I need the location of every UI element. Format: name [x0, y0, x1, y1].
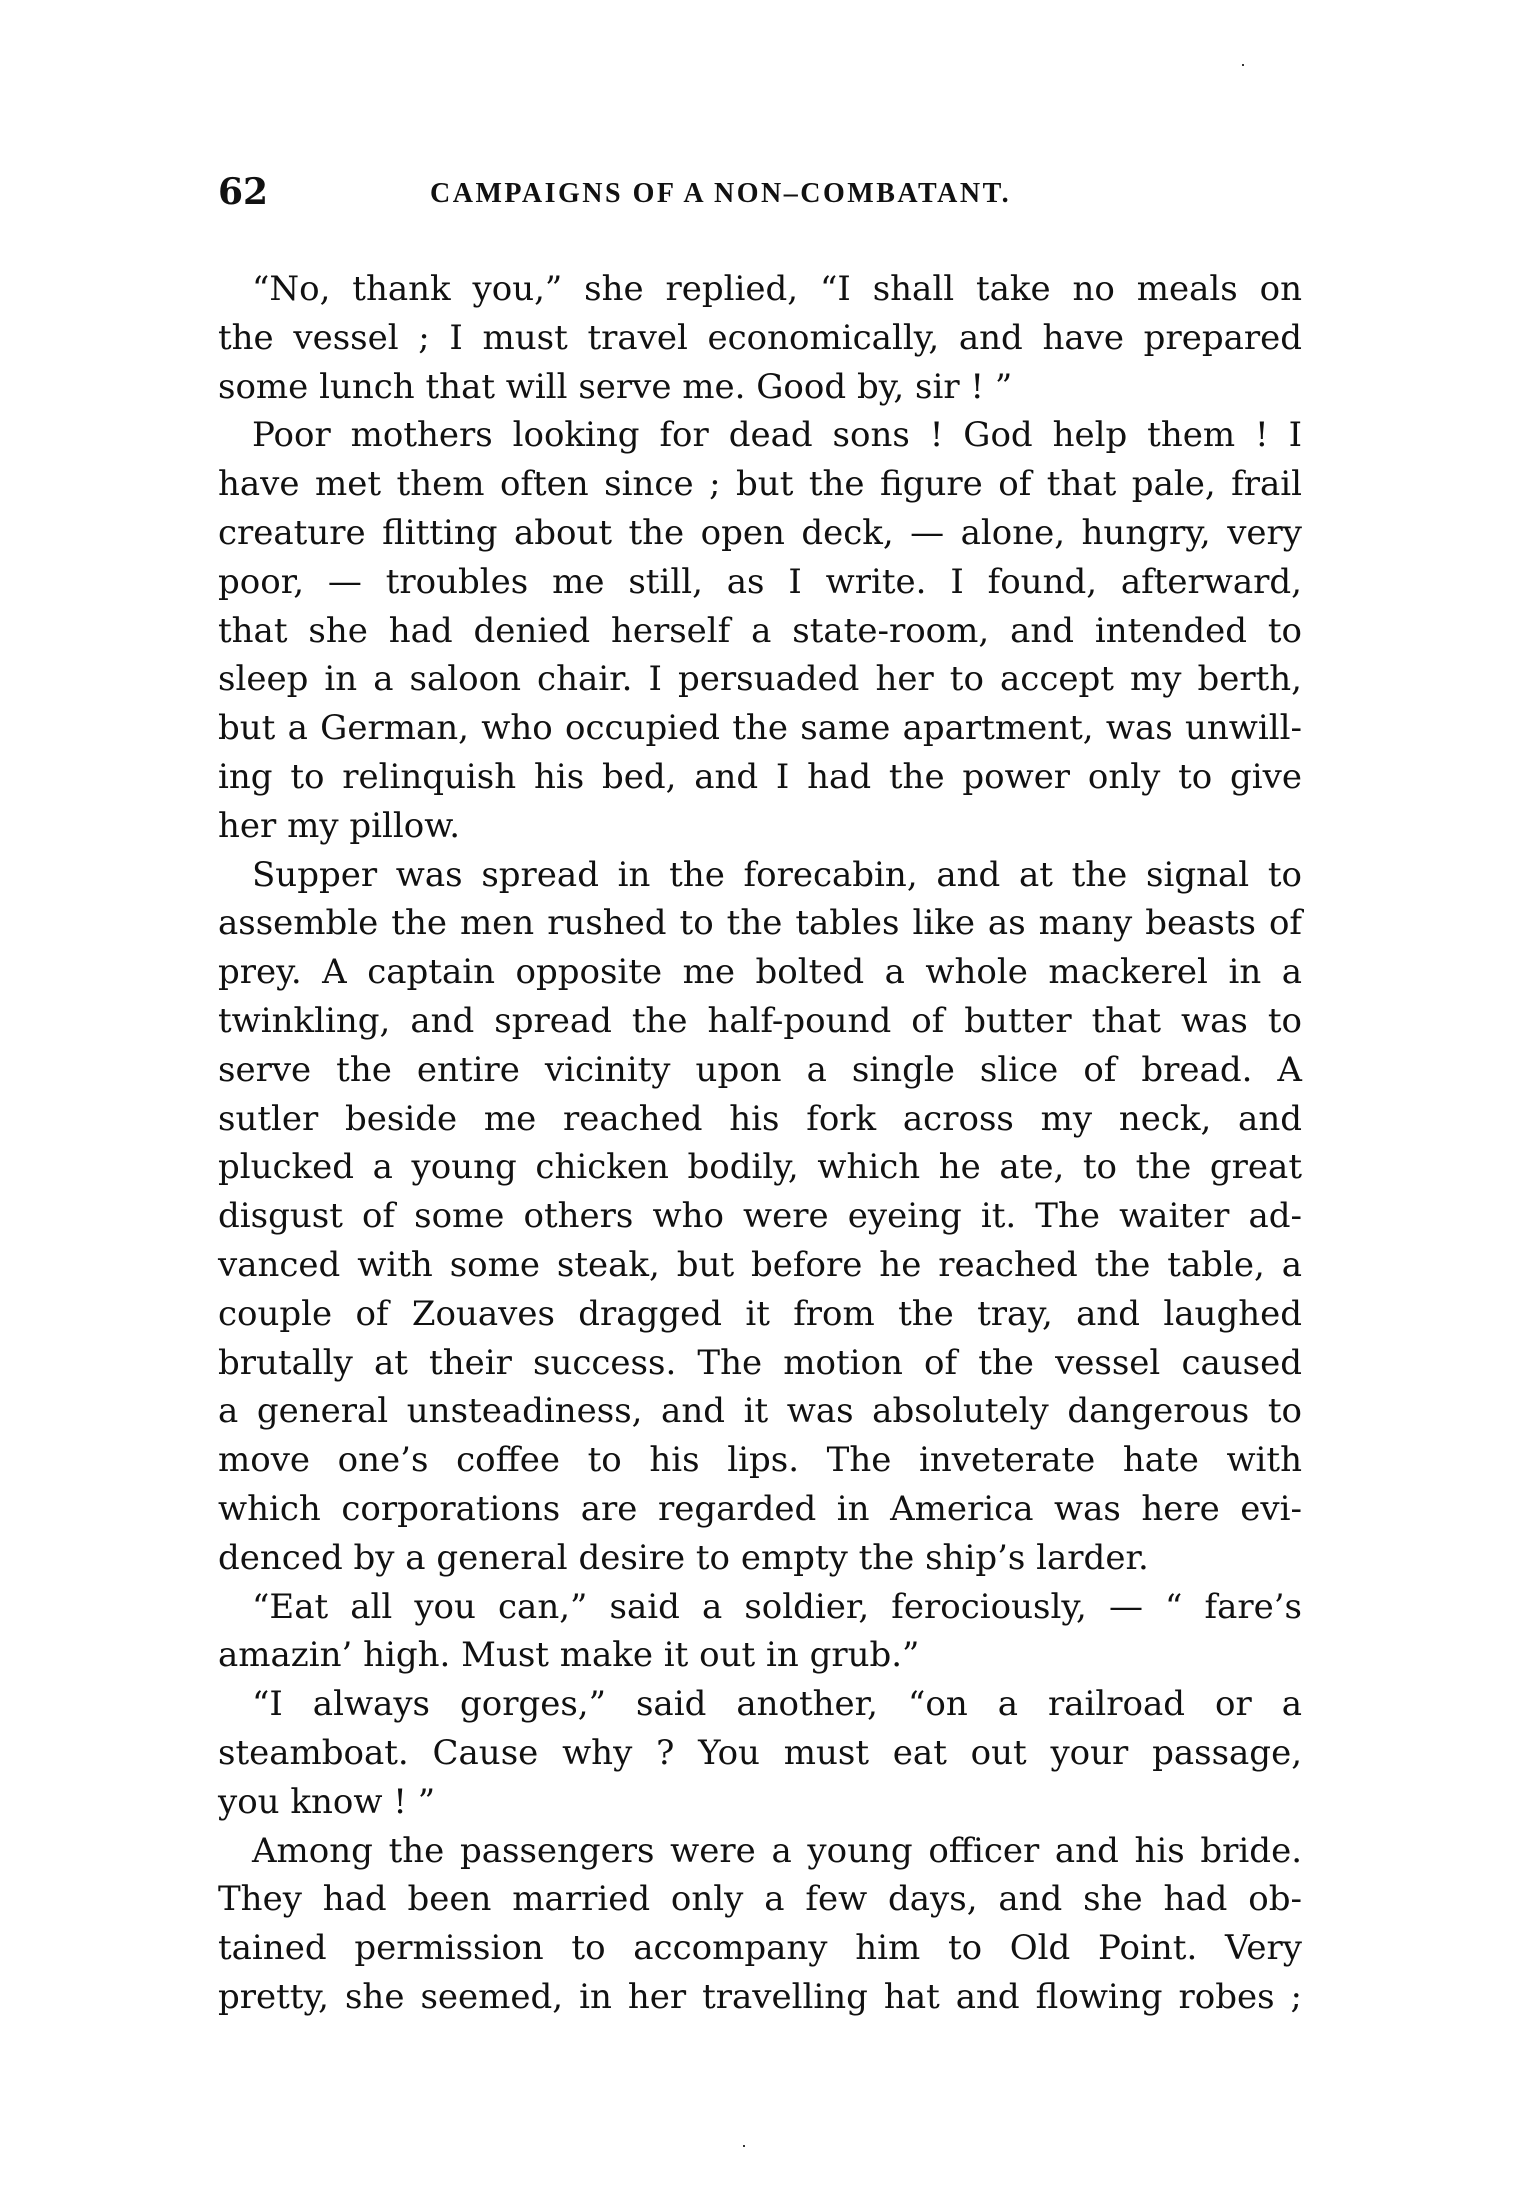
text-line: the vessel ; I must travel economically,…	[218, 314, 1302, 363]
text-line: twinkling, and spread the half-pound of …	[218, 997, 1302, 1046]
scan-speck	[1242, 64, 1244, 66]
text-line: you know ! ”	[218, 1778, 1302, 1827]
text-line: “Eat all you can,” said a soldier, feroc…	[218, 1583, 1302, 1632]
text-line: “I always gorges,” said another, “on a r…	[218, 1680, 1302, 1729]
text-line: denced by a general desire to empty the …	[218, 1534, 1302, 1583]
text-line: that she had denied herself a state-room…	[218, 607, 1302, 656]
text-line: sleep in a saloon chair. I persuaded her…	[218, 655, 1302, 704]
paragraph: Among the passengers were a young office…	[218, 1827, 1302, 2022]
scan-speck	[743, 2145, 745, 2147]
text-line: poor, — troubles me still, as I write. I…	[218, 558, 1302, 607]
paragraph: Supper was spread in the forecabin, and …	[218, 851, 1302, 1583]
text-line: serve the entire vicinity upon a single …	[218, 1046, 1302, 1095]
text-line: Supper was spread in the forecabin, and …	[218, 851, 1302, 900]
text-line: but a German, who occupied the same apar…	[218, 704, 1302, 753]
paragraph: “I always gorges,” said another, “on a r…	[218, 1680, 1302, 1826]
text-line: some lunch that will serve me. Good by, …	[218, 363, 1302, 412]
text-line: amazin’ high. Must make it out in grub.”	[218, 1631, 1302, 1680]
text-line: ing to relinquish his bed, and I had the…	[218, 753, 1302, 802]
book-page: 62 CAMPAIGNS OF A NON–COMBATANT. “No, th…	[0, 0, 1526, 2196]
paragraph: Poor mothers looking for dead sons ! God…	[218, 411, 1302, 850]
text-line: disgust of some others who were eyeing i…	[218, 1192, 1302, 1241]
text-line: pretty, she seemed, in her travelling ha…	[218, 1973, 1302, 2022]
text-line: Among the passengers were a young office…	[218, 1827, 1302, 1876]
paragraph: “No, thank you,” she replied, “I shall t…	[218, 265, 1302, 411]
running-head: CAMPAIGNS OF A NON–COMBATANT.	[430, 176, 1011, 212]
text-line: vanced with some steak, but before he re…	[218, 1241, 1302, 1290]
text-line: a general unsteadiness, and it was absol…	[218, 1387, 1302, 1436]
text-line: brutally at their success. The motion of…	[218, 1339, 1302, 1388]
text-line: tained permission to accompany him to Ol…	[218, 1924, 1302, 1973]
text-line: Poor mothers looking for dead sons ! God…	[218, 411, 1302, 460]
text-line: plucked a young chicken bodily, which he…	[218, 1143, 1302, 1192]
text-line: couple of Zouaves dragged it from the tr…	[218, 1290, 1302, 1339]
text-line: her my pillow.	[218, 802, 1302, 851]
body-text: “No, thank you,” she replied, “I shall t…	[218, 265, 1302, 2022]
page-number: 62	[218, 172, 268, 212]
text-line: have met them often since ; but the figu…	[218, 460, 1302, 509]
text-line: steamboat. Cause why ? You must eat out …	[218, 1729, 1302, 1778]
text-line: assemble the men rushed to the tables li…	[218, 899, 1302, 948]
text-line: They had been married only a few days, a…	[218, 1875, 1302, 1924]
text-line: prey. A captain opposite me bolted a who…	[218, 948, 1302, 997]
text-line: which corporations are regarded in Ameri…	[218, 1485, 1302, 1534]
text-line: move one’s coffee to his lips. The invet…	[218, 1436, 1302, 1485]
page-header: 62 CAMPAIGNS OF A NON–COMBATANT.	[218, 172, 1302, 212]
text-line: creature flitting about the open deck, —…	[218, 509, 1302, 558]
text-line: sutler beside me reached his fork across…	[218, 1095, 1302, 1144]
text-line: “No, thank you,” she replied, “I shall t…	[218, 265, 1302, 314]
paragraph: “Eat all you can,” said a soldier, feroc…	[218, 1583, 1302, 1681]
